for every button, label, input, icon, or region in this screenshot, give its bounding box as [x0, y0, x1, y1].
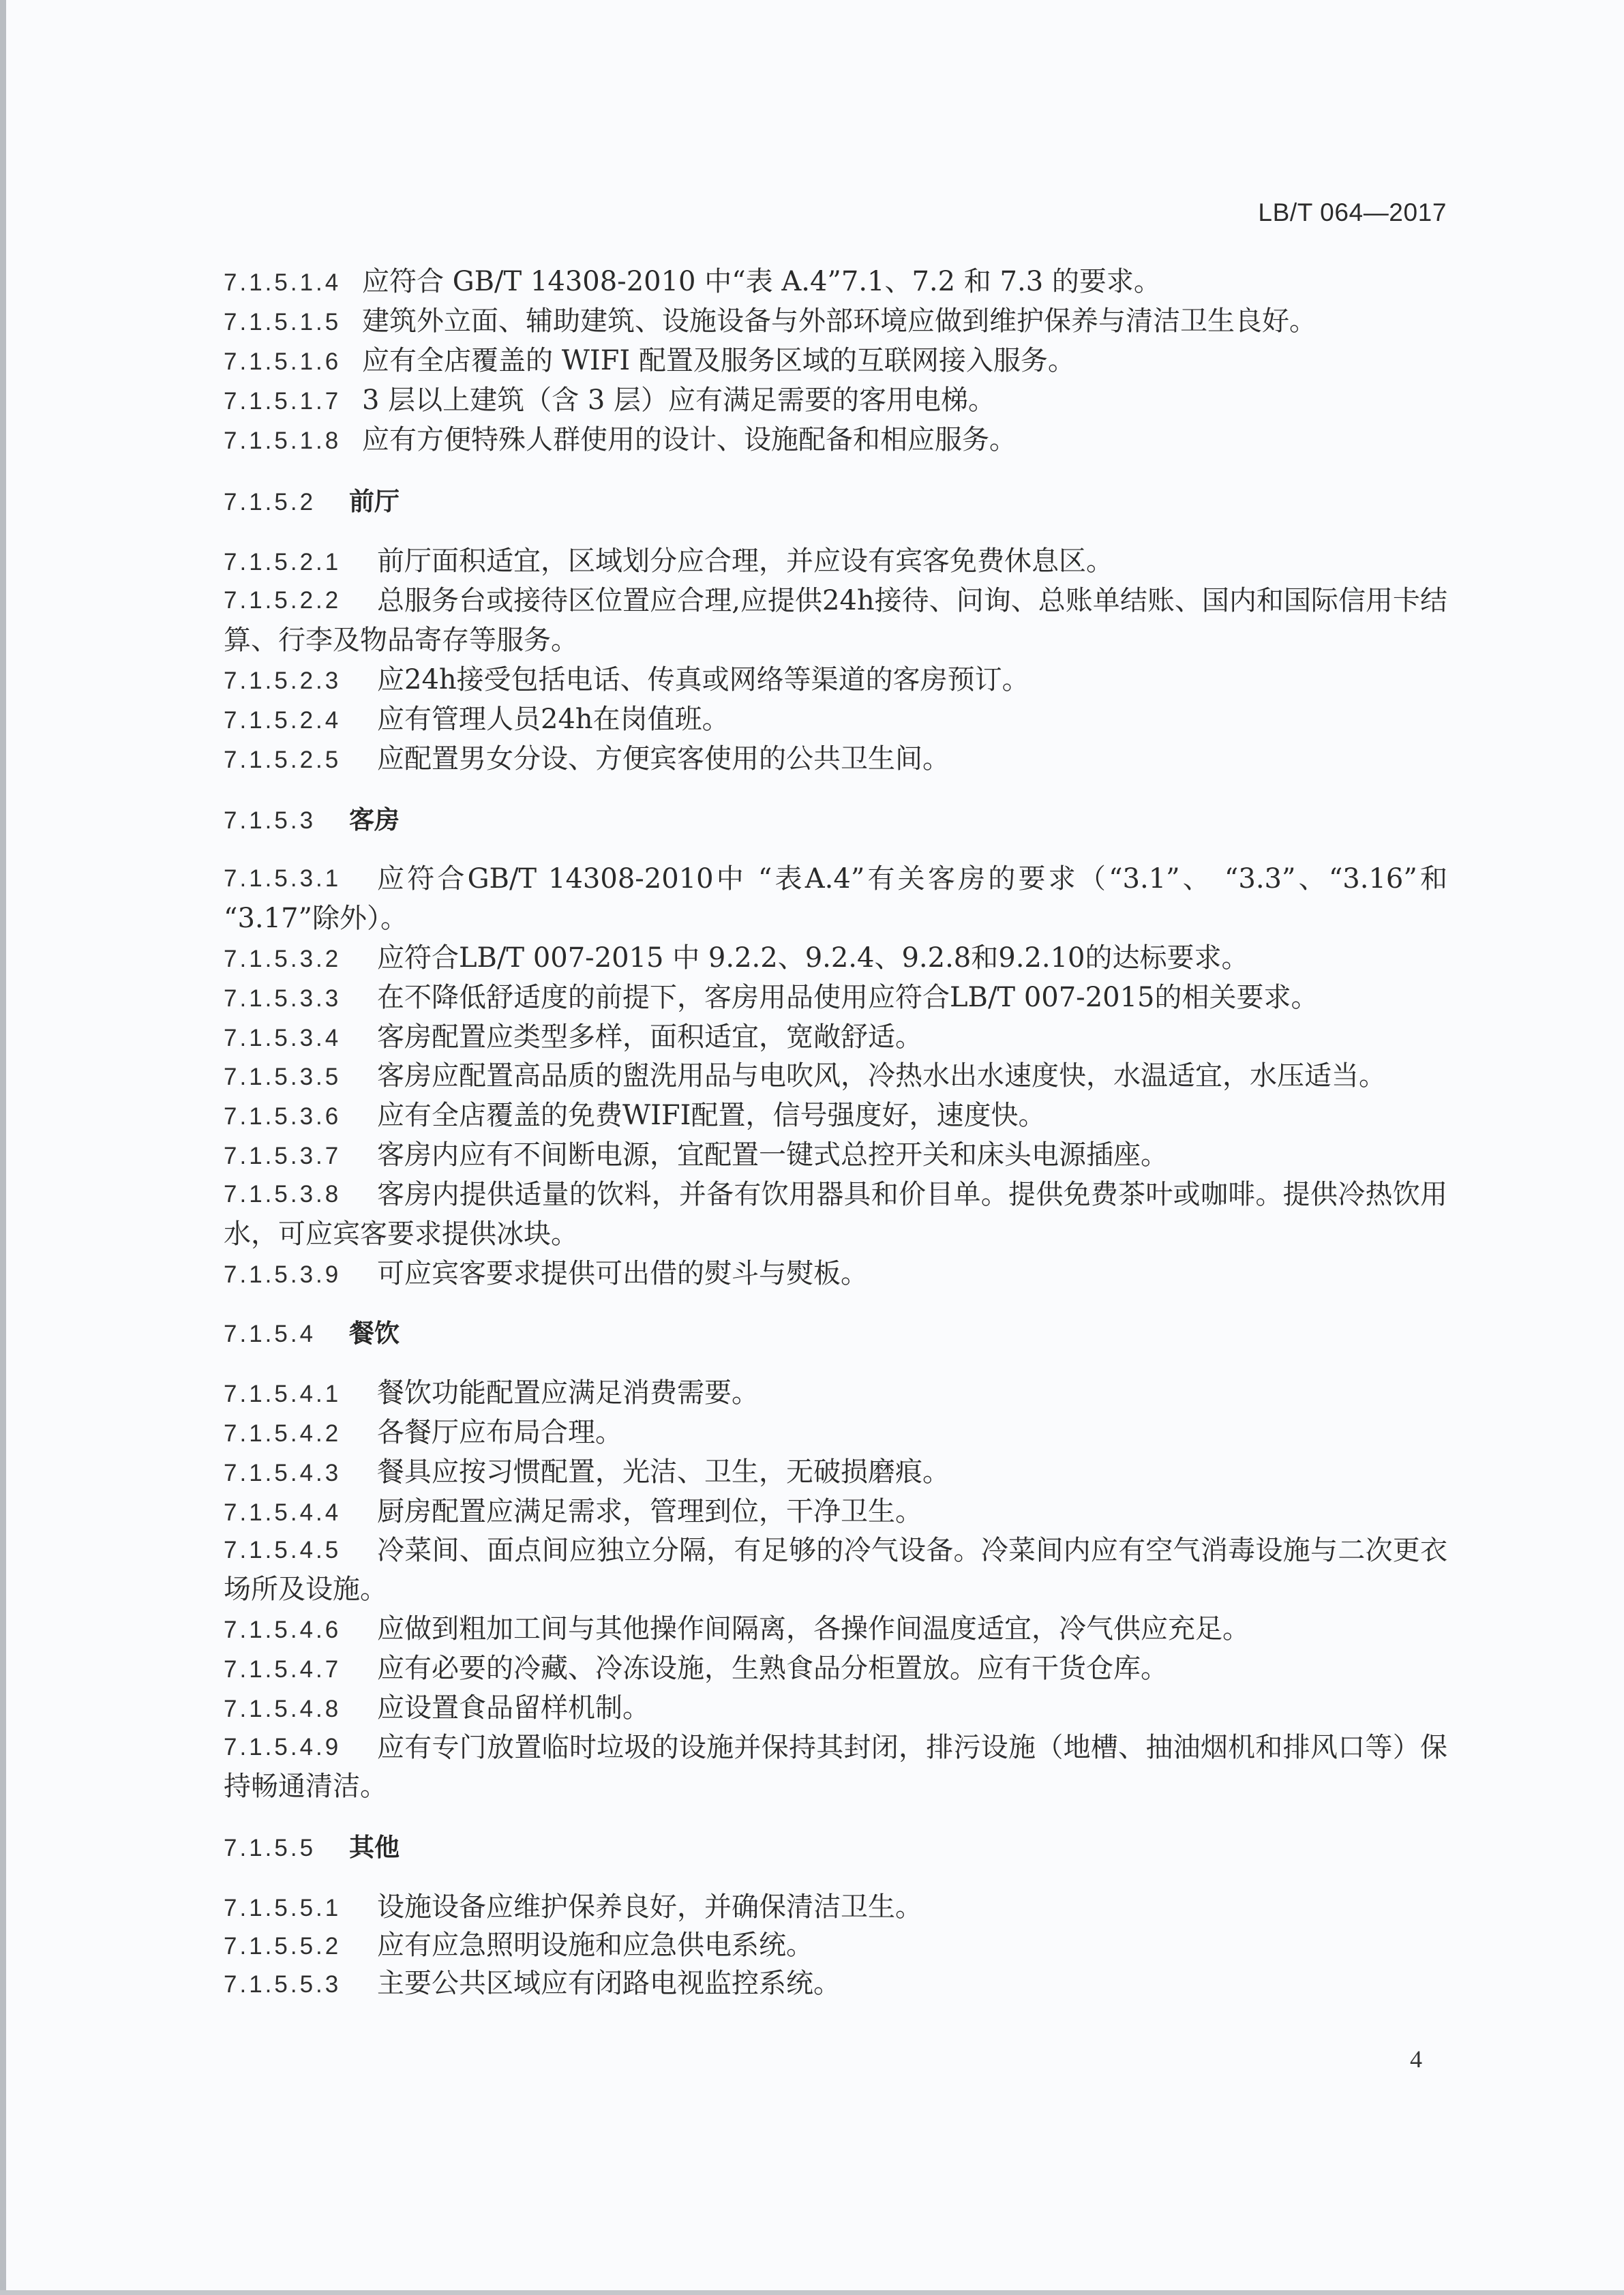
section-number: 7.1.5.2 [224, 483, 349, 522]
section-number: 7.1.5.4 [224, 1315, 349, 1354]
clause-number: 7.1.5.4.2 [224, 1414, 377, 1454]
clause-number: 7.1.5.5.1 [224, 1889, 377, 1928]
clause-7-1-5-2-4: 7.1.5.2.4应有管理人员24h在岗值班。 [224, 700, 730, 739]
clause-7-1-5-4-9: 7.1.5.4.9应有专门放置临时垃圾的设施并保持其封闭，排污设施（地槽、抽油烟… [224, 1728, 1447, 1767]
clause-7-1-5-5-2: 7.1.5.5.2应有应急照明设施和应急供电系统。 [224, 1925, 813, 1965]
clause-text: 应有方便特殊人群使用的设计、设施配备和相应服务。 [362, 424, 1017, 455]
clause-number: 7.1.5.3.4 [224, 1019, 377, 1058]
section-title: 客房 [349, 805, 400, 835]
clause-text: 餐具应按习惯配置，光洁、卫生，无破损磨痕。 [377, 1456, 950, 1488]
clause-text: 在不降低舒适度的前提下，客房用品使用应符合LB/T 007-2015的相关要求。 [377, 982, 1319, 1013]
clause-text: 设施设备应维护保养良好，并确保清洁卫生。 [377, 1891, 922, 1923]
clause-7-1-5-3-1-continuation: “3.17”除外）。 [224, 899, 408, 938]
clause-text-continuation: 场所及设施。 [224, 1574, 387, 1605]
page-number: 4 [1410, 2045, 1422, 2073]
clause-text: 各餐厅应布局合理。 [377, 1417, 622, 1448]
clause-7-1-5-5-1: 7.1.5.5.1设施设备应维护保养良好，并确保清洁卫生。 [224, 1887, 922, 1927]
clause-7-1-5-3-7: 7.1.5.3.7客房内应有不间断电源，宜配置一键式总控开关和床头电源插座。 [224, 1135, 1168, 1175]
clause-7-1-5-3-8: 7.1.5.3.8客房内提供适量的饮料，并备有饮用器具和价目单。提供免费茶叶或咖… [224, 1175, 1447, 1214]
clause-7-1-5-2-5: 7.1.5.2.5应配置男女分设、方便宾客使用的公共卫生间。 [224, 739, 950, 779]
clause-7-1-5-2-3: 7.1.5.2.3应24h接受包括电话、传真或网络等渠道的客房预订。 [224, 660, 1029, 700]
clause-7-1-5-3-3: 7.1.5.3.3在不降低舒适度的前提下，客房用品使用应符合LB/T 007-2… [224, 978, 1319, 1017]
clause-text: 客房配置应类型多样，面积适宜，宽敞舒适。 [377, 1021, 922, 1053]
clause-text: 应有专门放置临时垃圾的设施并保持其封闭，排污设施（地槽、抽油烟机和排风口等）保 [377, 1728, 1447, 1767]
clause-text-continuation: “3.17”除外）。 [224, 903, 408, 934]
clause-text: 厨房配置应满足需求，管理到位，干净卫生。 [377, 1496, 922, 1527]
clause-text-continuation: 水，可应宾客要求提供冰块。 [224, 1218, 578, 1250]
clause-7-1-5-2-1: 7.1.5.2.1前厅面积适宜，区域划分应合理，并应设有宾客免费休息区。 [224, 541, 1113, 581]
clause-7-1-5-4-7: 7.1.5.4.7应有必要的冷藏、冷冻设施，生熟食品分柜置放。应有干货仓库。 [224, 1649, 1168, 1688]
clause-text: 主要公共区域应有闭路电视监控系统。 [377, 1968, 841, 1999]
clause-text: 应有全店覆盖的 WIFI 配置及服务区域的互联网接入服务。 [362, 345, 1075, 376]
clause-number: 7.1.5.4.7 [224, 1650, 377, 1690]
clause-number: 7.1.5.1.8 [224, 421, 362, 461]
clause-number: 7.1.5.1.7 [224, 382, 362, 421]
clause-text: 3 层以上建筑（含 3 层）应有满足需要的客用电梯。 [362, 385, 995, 416]
section-heading-7-1-5-3: 7.1.5.3客房 [224, 800, 400, 840]
clause-text: 总服务台或接待区位置应合理,应提供24h接待、问询、总账单结账、国内和国际信用卡… [377, 581, 1447, 620]
clause-7-1-5-3-6: 7.1.5.3.6应有全店覆盖的免费WIFI配置，信号强度好，速度快。 [224, 1096, 1045, 1135]
clause-7-1-5-4-6: 7.1.5.4.6应做到粗加工间与其他操作间隔离，各操作间温度适宜，冷气供应充足… [224, 1609, 1250, 1649]
section-number: 7.1.5.5 [224, 1829, 349, 1868]
section-heading-7-1-5-5: 7.1.5.5其他 [224, 1828, 400, 1867]
clause-number: 7.1.5.5.2 [224, 1927, 377, 1966]
clause-number: 7.1.5.3.2 [224, 940, 377, 979]
clause-text-continuation: 持畅通清洁。 [224, 1771, 387, 1802]
clause-7-1-5-4-8: 7.1.5.4.8应设置食品留样机制。 [224, 1688, 650, 1728]
clause-number: 7.1.5.4.5 [224, 1531, 377, 1570]
clause-7-1-5-4-1: 7.1.5.4.1餐饮功能配置应满足消费需要。 [224, 1373, 759, 1413]
standard-code-header: LB/T 064—2017 [1258, 196, 1447, 230]
clause-number: 7.1.5.2.5 [224, 740, 377, 780]
clause-7-1-5-3-9: 7.1.5.3.9可应宾客要求提供可出借的熨斗与熨板。 [224, 1254, 868, 1293]
clause-number: 7.1.5.1.4 [224, 263, 362, 303]
section-title: 餐饮 [349, 1319, 400, 1348]
section-title: 其他 [349, 1833, 400, 1862]
clause-7-1-5-1-5: 7.1.5.1.5建筑外立面、辅助建筑、设施设备与外部环境应做到维护保养与清洁卫… [224, 301, 1317, 341]
clause-7-1-5-5-3: 7.1.5.5.3主要公共区域应有闭路电视监控系统。 [224, 1964, 841, 2003]
clause-7-1-5-4-5-continuation: 场所及设施。 [224, 1570, 387, 1609]
clause-7-1-5-3-1: 7.1.5.3.1应符合GB/T 14308-2010中 “表A.4”有关客房的… [224, 859, 1447, 899]
clause-text: 应有必要的冷藏、冷冻设施，生熟食品分柜置放。应有干货仓库。 [377, 1653, 1168, 1684]
clause-text: 建筑外立面、辅助建筑、设施设备与外部环境应做到维护保养与清洁卫生良好。 [362, 305, 1317, 337]
clause-number: 7.1.5.3.6 [224, 1097, 377, 1137]
clause-text: 应24h接受包括电话、传真或网络等渠道的客房预订。 [377, 664, 1029, 695]
clause-text: 客房内提供适量的饮料，并备有饮用器具和价目单。提供免费茶叶或咖啡。提供冷热饮用 [377, 1175, 1447, 1214]
clause-7-1-5-4-4: 7.1.5.4.4厨房配置应满足需求，管理到位，干净卫生。 [224, 1492, 922, 1531]
clause-7-1-5-3-5: 7.1.5.3.5客房应配置高品质的盥洗用品与电吹风，冷热水出水速度快，水温适宜… [224, 1056, 1386, 1096]
clause-number: 7.1.5.4.6 [224, 1610, 377, 1650]
clause-text: 应符合LB/T 007-2015 中 9.2.2、9.2.4、9.2.8和9.2… [377, 942, 1248, 974]
clause-number: 7.1.5.2.2 [224, 581, 377, 620]
clause-7-1-5-3-2: 7.1.5.3.2应符合LB/T 007-2015 中 9.2.2、9.2.4、… [224, 938, 1248, 978]
clause-7-1-5-2-2: 7.1.5.2.2总服务台或接待区位置应合理,应提供24h接待、问询、总账单结账… [224, 581, 1447, 620]
clause-text: 餐饮功能配置应满足消费需要。 [377, 1377, 759, 1409]
clause-7-1-5-2-2-continuation: 算、行李及物品寄存等服务。 [224, 620, 578, 660]
clause-7-1-5-4-5: 7.1.5.4.5冷菜间、面点间应独立分隔，有足够的冷气设备。冷菜间内应有空气消… [224, 1531, 1447, 1570]
clause-7-1-5-1-6: 7.1.5.1.6应有全店覆盖的 WIFI 配置及服务区域的互联网接入服务。 [224, 341, 1075, 380]
clause-number: 7.1.5.3.9 [224, 1255, 377, 1295]
clause-number: 7.1.5.2.3 [224, 661, 377, 701]
clause-number: 7.1.5.2.4 [224, 701, 377, 740]
clause-number: 7.1.5.3.3 [224, 979, 377, 1019]
section-heading-7-1-5-4: 7.1.5.4餐饮 [224, 1314, 400, 1353]
clause-text: 应做到粗加工间与其他操作间隔离，各操作间温度适宜，冷气供应充足。 [377, 1613, 1250, 1645]
clause-text: 客房应配置高品质的盥洗用品与电吹风，冷热水出水速度快，水温适宜，水压适当。 [377, 1060, 1386, 1092]
clause-number: 7.1.5.2.1 [224, 543, 377, 582]
clause-text: 冷菜间、面点间应独立分隔，有足够的冷气设备。冷菜间内应有空气消毒设施与二次更衣 [377, 1531, 1447, 1570]
clause-text: 客房内应有不间断电源，宜配置一键式总控开关和床头电源插座。 [377, 1139, 1168, 1171]
clause-number: 7.1.5.3.8 [224, 1175, 377, 1214]
clause-number: 7.1.5.4.3 [224, 1454, 377, 1493]
scan-edge-left [0, 0, 6, 2295]
document-page: LB/T 064—2017 7.1.5.1.4应符合 GB/T 14308-20… [0, 0, 1624, 2295]
clause-7-1-5-1-8: 7.1.5.1.8应有方便特殊人群使用的设计、设施配备和相应服务。 [224, 420, 1017, 460]
clause-text: 应符合 GB/T 14308-2010 中“表 A.4”7.1、7.2 和 7.… [362, 266, 1161, 297]
section-heading-7-1-5-2: 7.1.5.2前厅 [224, 482, 400, 522]
clause-7-1-5-3-8-continuation: 水，可应宾客要求提供冰块。 [224, 1214, 578, 1254]
clause-text: 应有应急照明设施和应急供电系统。 [377, 1930, 813, 1961]
clause-7-1-5-4-2: 7.1.5.4.2各餐厅应布局合理。 [224, 1413, 622, 1452]
clause-text: 应配置男女分设、方便宾客使用的公共卫生间。 [377, 743, 950, 775]
clause-number: 7.1.5.5.3 [224, 1965, 377, 2005]
clause-text: 应有管理人员24h在岗值班。 [377, 704, 730, 735]
scan-edge-bottom [0, 2290, 1624, 2295]
clause-number: 7.1.5.4.1 [224, 1375, 377, 1414]
clause-text: 应有全店覆盖的免费WIFI配置，信号强度好，速度快。 [377, 1100, 1045, 1131]
section-title: 前厅 [349, 487, 400, 516]
clause-number: 7.1.5.4.8 [224, 1690, 377, 1729]
clause-7-1-5-3-4: 7.1.5.3.4客房配置应类型多样，面积适宜，宽敞舒适。 [224, 1017, 922, 1057]
clause-number: 7.1.5.3.1 [224, 859, 377, 899]
section-number: 7.1.5.3 [224, 801, 349, 841]
clause-7-1-5-4-9-continuation: 持畅通清洁。 [224, 1767, 387, 1806]
clause-7-1-5-4-3: 7.1.5.4.3餐具应按习惯配置，光洁、卫生，无破损磨痕。 [224, 1452, 950, 1492]
clause-number: 7.1.5.3.5 [224, 1057, 377, 1097]
clause-text: 应设置食品留样机制。 [377, 1692, 650, 1724]
clause-7-1-5-1-7: 7.1.5.1.73 层以上建筑（含 3 层）应有满足需要的客用电梯。 [224, 380, 995, 420]
clause-number: 7.1.5.3.7 [224, 1137, 377, 1176]
clause-number: 7.1.5.1.6 [224, 342, 362, 382]
clause-number: 7.1.5.4.9 [224, 1728, 377, 1767]
clause-text-continuation: 算、行李及物品寄存等服务。 [224, 625, 578, 656]
clause-text: 应符合GB/T 14308-2010中 “表A.4”有关客房的要求（“3.1”、… [377, 859, 1447, 899]
clause-7-1-5-1-4: 7.1.5.1.4应符合 GB/T 14308-2010 中“表 A.4”7.1… [224, 262, 1161, 301]
clause-text: 可应宾客要求提供可出借的熨斗与熨板。 [377, 1258, 868, 1289]
clause-number: 7.1.5.4.4 [224, 1493, 377, 1533]
clause-number: 7.1.5.1.5 [224, 303, 362, 342]
clause-text: 前厅面积适宜，区域划分应合理，并应设有宾客免费休息区。 [377, 545, 1113, 577]
